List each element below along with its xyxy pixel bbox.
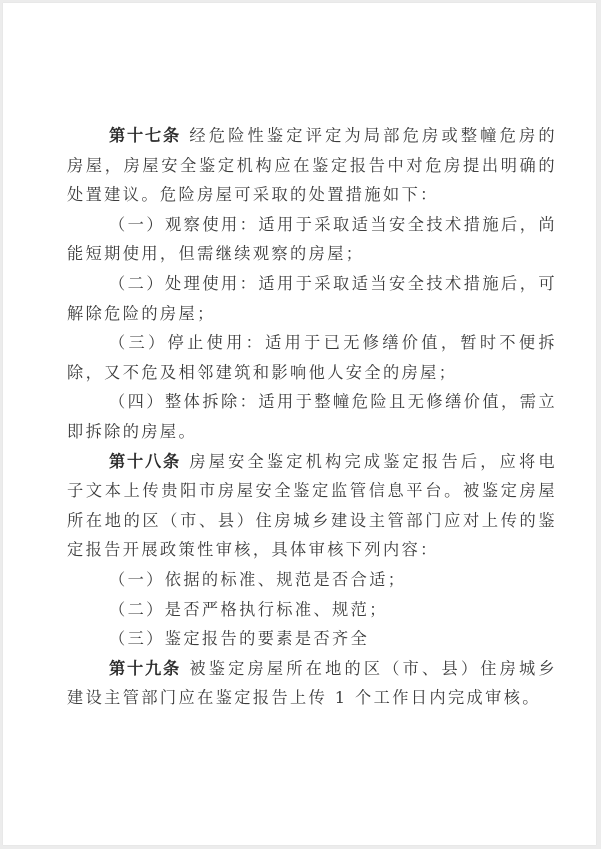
article-heading: 第十八条: [109, 452, 181, 471]
article-17: 第十七条 经危险性鉴定评定为局部危房或整幢危房的房屋，房屋安全鉴定机构应在鉴定报…: [67, 121, 557, 210]
list-item: （三）停止使用：适用于已无修缮价值，暂时不便拆除，又不危及相邻建筑和影响他人安全…: [67, 328, 557, 387]
list-item: （三）鉴定报告的要素是否齐全: [67, 624, 557, 654]
list-item: （一）依据的标准、规范是否合适；: [67, 565, 557, 595]
article-heading: 第十七条: [109, 126, 181, 145]
article-18: 第十八条 房屋安全鉴定机构完成鉴定报告后，应将电子文本上传贵阳市房屋安全鉴定监管…: [67, 447, 557, 565]
article-heading: 第十九条: [109, 659, 181, 678]
list-item: （二）是否严格执行标准、规范；: [67, 595, 557, 625]
list-item: （一）观察使用：适用于采取适当安全技术措施后，尚能短期使用，但需继续观察的房屋；: [67, 210, 557, 269]
list-item: （四）整体拆除：适用于整幢危险且无修缮价值，需立即拆除的房屋。: [67, 387, 557, 446]
document-body: 第十七条 经危险性鉴定评定为局部危房或整幢危房的房屋，房屋安全鉴定机构应在鉴定报…: [67, 121, 557, 713]
document-page: 第十七条 经危险性鉴定评定为局部危房或整幢危房的房屋，房屋安全鉴定机构应在鉴定报…: [3, 3, 596, 845]
list-item: （二）处理使用：适用于采取适当安全技术措施后，可解除危险的房屋；: [67, 269, 557, 328]
article-19: 第十九条 被鉴定房屋所在地的区（市、县）住房城乡建设主管部门应在鉴定报告上传 1…: [67, 654, 557, 713]
